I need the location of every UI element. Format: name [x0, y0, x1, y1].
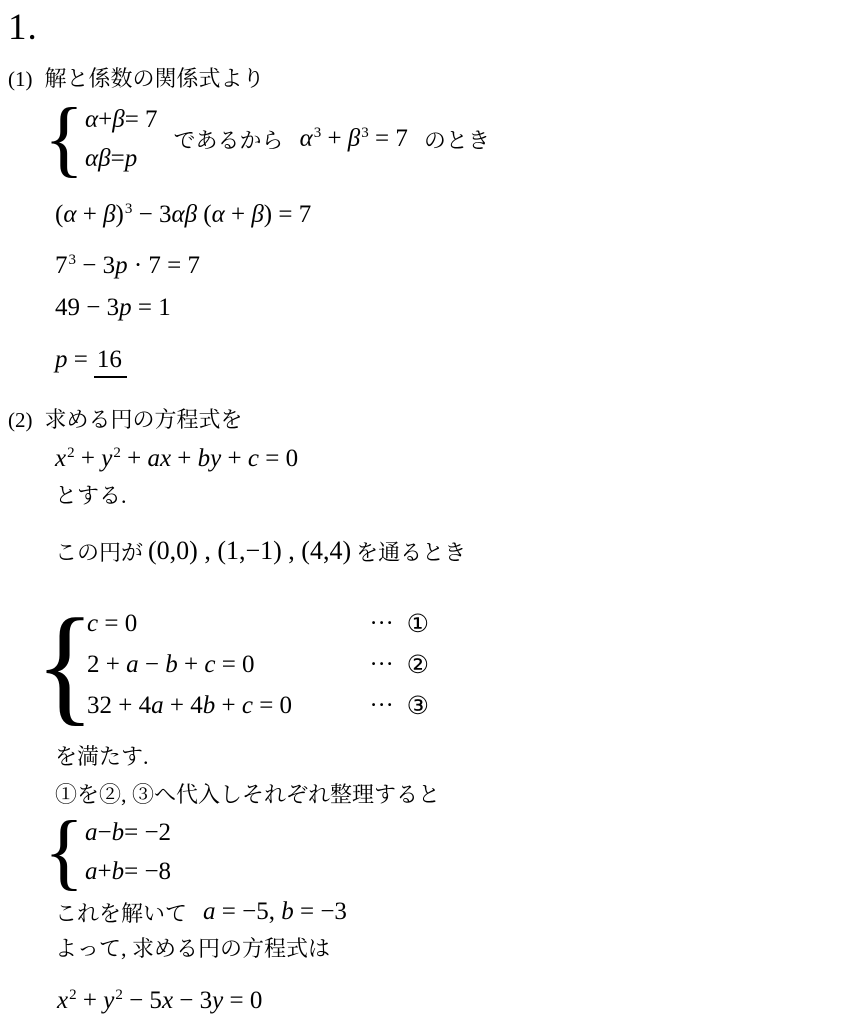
equation-2-tag: … ②	[370, 650, 429, 680]
part-1-head: (1) 解と係数の関係式より	[8, 64, 850, 94]
cube-sum-condition: α3 + β3 = 7	[300, 125, 408, 153]
equation-a-plus-b: a + b = −8	[85, 852, 171, 891]
equation-product: αβ = p	[85, 139, 158, 178]
equation-3-tag: … ③	[370, 691, 429, 721]
circled-number-2: ②	[407, 650, 429, 680]
equation-2: 2 + a − b + c = 0	[87, 651, 255, 679]
circled-number-1: ①	[407, 609, 429, 639]
when-text: のとき	[424, 124, 490, 155]
part-2: (2) 求める円の方程式を x2 + y2 + ax + by + c = 0 …	[8, 405, 850, 1024]
system-two-equations: { a − b = −2 a + b = −8	[55, 813, 850, 891]
ellipsis: …	[370, 645, 394, 672]
answer-lhs: p =	[55, 346, 88, 373]
part-2-label: (2)	[8, 405, 33, 435]
system-equations: α + β = 7 αβ = p	[85, 100, 158, 178]
solution-page: 1. (1) 解と係数の関係式より { α + β = 7 αβ = p である…	[0, 0, 860, 1024]
equation-row-3: 32 + 4a + 4b + c = 0 … ③	[87, 685, 429, 726]
equation-row-2: 2 + a − b + c = 0 … ②	[87, 644, 429, 685]
identity-equation: (α + β)3 − 3αβ (α + β) = 7	[55, 194, 850, 236]
ellipsis: …	[370, 604, 394, 631]
satisfy-text: を満たす.	[55, 742, 850, 772]
problem-number: 1.	[8, 6, 850, 50]
solve-result: a = −5, b = −3	[203, 898, 347, 926]
points-list: (0,0) , (1,−1) , (4,4)	[148, 536, 351, 566]
system-roots-coefficients: { α + β = 7 αβ = p	[55, 100, 158, 178]
passes-prefix: この円が	[55, 536, 143, 567]
final-answer-line: x2 + y2 − 5x − 3y = 0	[55, 981, 850, 1024]
roots-coefficients-row: { α + β = 7 αβ = p であるから α3 + β3 = 7 のとき	[55, 100, 850, 178]
part-1-answer-line: p =16	[55, 342, 850, 381]
substitute-text: ①を②, ③へ代入しそれぞれ整理すると	[55, 779, 850, 811]
simplified-step: 49 − 3p = 1	[55, 290, 850, 326]
final-answer-underlined: x2 + y2 − 5x − 3y = 0	[55, 981, 278, 1024]
passes-suffix: を通るとき	[356, 536, 466, 567]
system-three-equations: { c = 0 … ① 2 + a − b + c = 0 … ②	[55, 603, 850, 726]
substitution-step: 73 − 3p · 7 = 7	[55, 248, 850, 284]
equation-sum: α + β = 7	[85, 100, 158, 139]
system-equations: c = 0 … ① 2 + a − b + c = 0 … ② 32 + 4a …	[87, 603, 429, 726]
solve-line: これを解いて a = −5, b = −3	[55, 894, 850, 930]
part-1: (1) 解と係数の関係式より { α + β = 7 αβ = p であるから …	[8, 64, 850, 381]
conclusion-text: よって, 求める円の方程式は	[55, 933, 850, 965]
system-equations: a − b = −2 a + b = −8	[85, 813, 171, 891]
solve-prefix: これを解いて	[55, 897, 187, 928]
circled-number-3: ③	[407, 691, 429, 721]
equation-3: 32 + 4a + 4b + c = 0	[87, 692, 292, 720]
passes-through-line: この円が (0,0) , (1,−1) , (4,4) を通るとき	[55, 529, 850, 573]
part-2-head: (2) 求める円の方程式を	[8, 405, 850, 435]
because-text: であるから	[174, 124, 284, 155]
part-2-heading: 求める円の方程式を	[45, 405, 243, 435]
equation-row-1: c = 0 … ①	[87, 603, 429, 644]
part-1-label: (1)	[8, 64, 33, 94]
ellipsis: …	[370, 686, 394, 713]
set-as-text: とする.	[55, 481, 850, 511]
part-1-heading: 解と係数の関係式より	[45, 64, 265, 94]
general-circle-equation: x2 + y2 + ax + by + c = 0	[55, 439, 850, 479]
equation-1-tag: … ①	[370, 609, 429, 639]
answer-value-underlined: 16	[94, 346, 127, 378]
equation-a-minus-b: a − b = −2	[85, 813, 171, 852]
